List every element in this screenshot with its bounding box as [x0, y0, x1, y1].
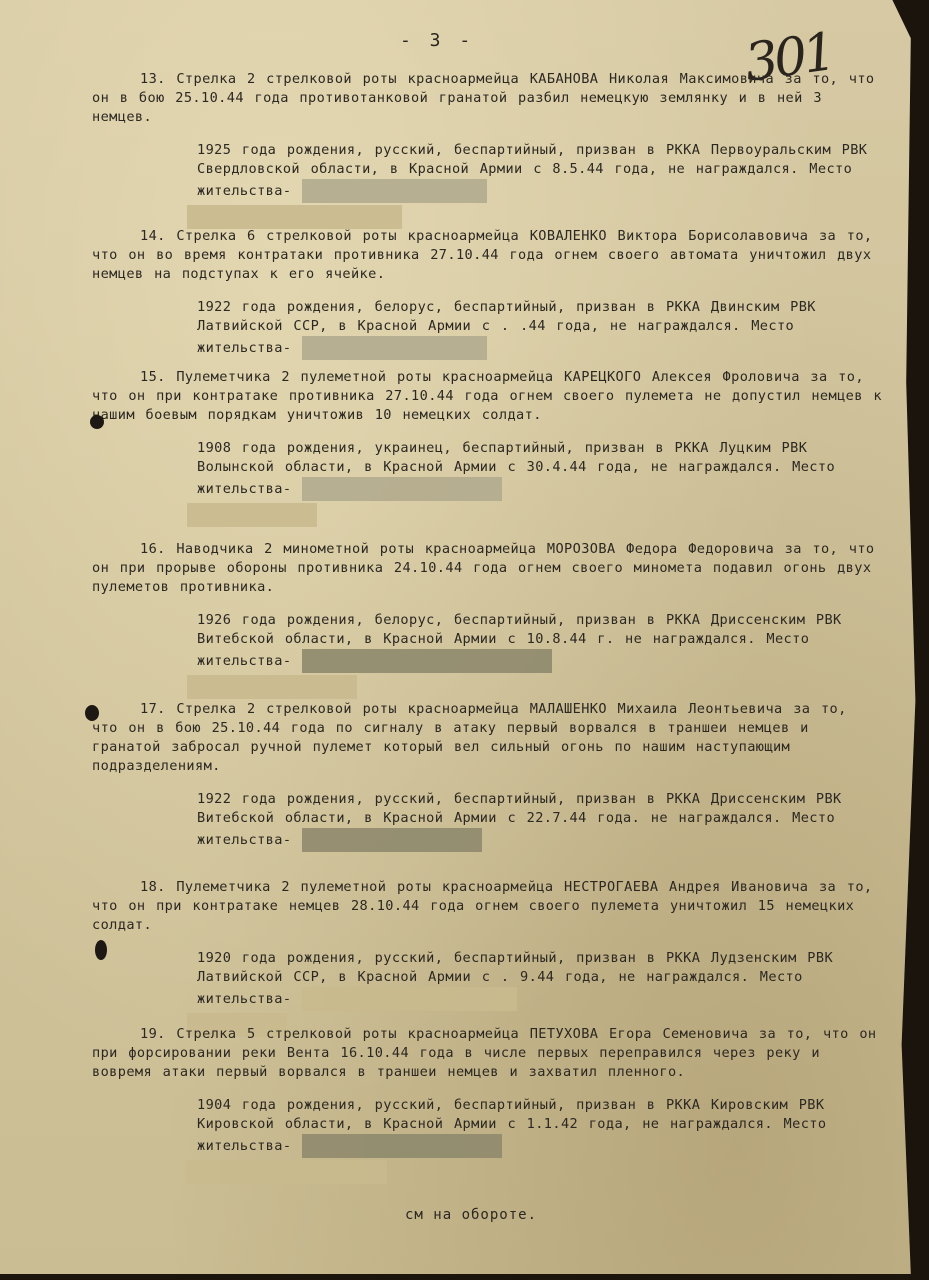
ink-blot — [85, 705, 99, 721]
entry-description: 17. Стрелка 2 стрелковой роты красноарме… — [92, 700, 882, 776]
entry-bio-text: 1908 года рождения, украинец, беспартийн… — [197, 440, 846, 497]
redaction-block — [302, 336, 487, 360]
entry-description: 16. Наводчика 2 минометной роты красноар… — [92, 540, 882, 597]
ink-blot — [90, 415, 104, 429]
redaction-block — [302, 477, 502, 501]
award-entry-19: 19. Стрелка 5 стрелковой роты красноарме… — [92, 1025, 882, 1184]
see-reverse-note: см на обороте. — [405, 1207, 537, 1223]
award-entry-17: 17. Стрелка 2 стрелковой роты красноарме… — [92, 700, 882, 852]
entry-bio: 1922 года рождения, русский, беспартийны… — [197, 790, 882, 852]
page-number: - 3 - — [400, 30, 474, 51]
redaction-block — [187, 1160, 387, 1184]
document-page: - 3 - 301 13. Стрелка 2 стрелковой роты … — [0, 0, 920, 1274]
entry-bio-text: 1925 года рождения, русский, беспартийны… — [197, 142, 878, 199]
entry-description: 15. Пулеметчика 2 пулеметной роты красно… — [92, 368, 882, 425]
entry-bio: 1920 года рождения, русский, беспартийны… — [197, 949, 882, 1011]
entry-bio: 1926 года рождения, белорус, беспартийны… — [197, 611, 882, 673]
redaction-block — [187, 205, 402, 229]
entry-bio-text: 1904 года рождения, русский, беспартийны… — [197, 1097, 837, 1154]
entry-bio: 1922 года рождения, белорус, беспартийны… — [197, 298, 882, 360]
redaction-block — [302, 987, 517, 1011]
entry-description: 14. Стрелка 6 стрелковой роты красноарме… — [92, 227, 882, 284]
redaction-block — [302, 1134, 502, 1158]
redaction-block — [302, 649, 552, 673]
award-entry-15: 15. Пулеметчика 2 пулеметной роты красно… — [92, 368, 882, 527]
redaction-block — [302, 179, 487, 203]
entry-description: 13. Стрелка 2 стрелковой роты красноарме… — [92, 70, 882, 127]
redaction-block — [302, 828, 482, 852]
entry-bio-text: 1922 года рождения, белорус, беспартийны… — [197, 299, 826, 356]
award-entry-16: 16. Наводчика 2 минометной роты красноар… — [92, 540, 882, 699]
award-entry-18: 18. Пулеметчика 2 пулеметной роты красно… — [92, 878, 882, 1037]
entry-bio: 1925 года рождения, русский, беспартийны… — [197, 141, 882, 203]
entry-bio-text: 1920 года рождения, русский, беспартийны… — [197, 950, 844, 1007]
entry-description: 18. Пулеметчика 2 пулеметной роты красно… — [92, 878, 882, 935]
award-entry-14: 14. Стрелка 6 стрелковой роты красноарме… — [92, 227, 882, 360]
entry-bio-text: 1922 года рождения, русский, беспартийны… — [197, 791, 852, 848]
award-entry-13: 13. Стрелка 2 стрелковой роты красноарме… — [92, 70, 882, 229]
redaction-block — [187, 675, 357, 699]
ink-blot — [95, 940, 107, 960]
entry-bio: 1904 года рождения, русский, беспартийны… — [197, 1096, 882, 1158]
entry-bio: 1908 года рождения, украинец, беспартийн… — [197, 439, 882, 501]
entry-description: 19. Стрелка 5 стрелковой роты красноарме… — [92, 1025, 882, 1082]
redaction-block — [187, 503, 317, 527]
